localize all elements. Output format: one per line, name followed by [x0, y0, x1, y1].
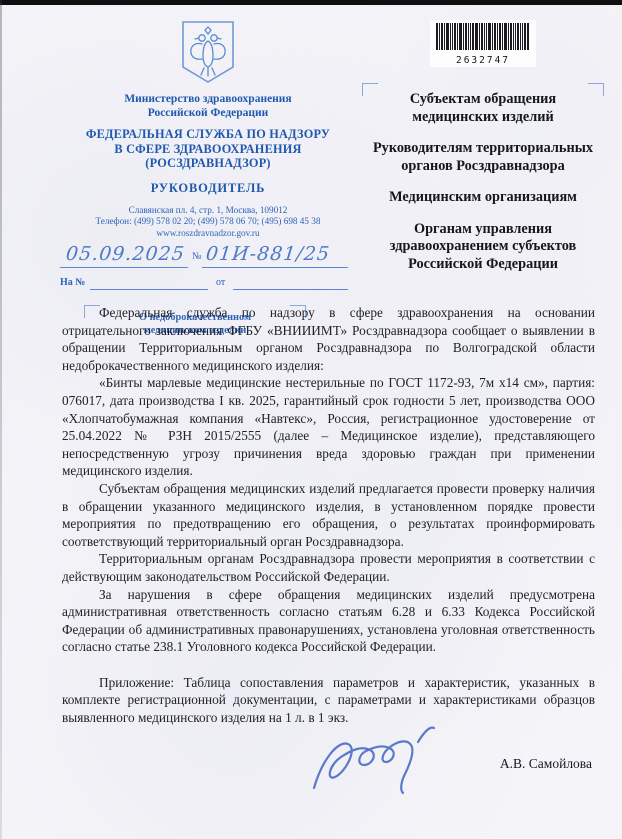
contact-block: Славянская пл. 4, стр. 1, Москва, 109012…	[58, 205, 358, 240]
body-paragraph: Субъектам обращения медицинских изделий …	[62, 480, 595, 550]
address-line: Славянская пл. 4, стр. 1, Москва, 109012	[58, 205, 358, 217]
barcode-bars	[436, 23, 530, 50]
addressee-block: Субъектам обращения медицинских изделий …	[362, 83, 604, 273]
website: www.roszdravnadzor.gov.ru	[58, 228, 358, 240]
letter-body: Федеральная служба по надзору в сфере зд…	[62, 304, 595, 727]
number-sign: №	[192, 251, 202, 262]
ref-number-underline	[90, 289, 208, 290]
body-paragraph: За нарушения в сфере обращения медицинск…	[62, 586, 595, 656]
signer-name: А.В. Самойлова	[500, 756, 592, 772]
addressee-item: Руководителям территориальных органов Ро…	[368, 140, 598, 175]
barcode-number: 2632747	[436, 55, 530, 66]
reference-row: На № от	[58, 277, 358, 293]
handwritten-signature-icon	[300, 720, 470, 810]
phone-line: Телефон: (499) 578 02 20; (499) 578 06 7…	[58, 216, 358, 228]
date-number-row: 05.09.2025 № 01И-881/25	[58, 243, 358, 273]
letter-date-handwritten: 05.09.2025	[65, 243, 186, 265]
body-paragraph: «Бинты марлевые медицинские нестерильные…	[62, 374, 595, 480]
scan-edge-top	[0, 0, 622, 5]
addressee-column: 2632747 Субъектам обращения медицинских …	[362, 20, 604, 287]
addressee-item: Медицинским организациям	[368, 189, 598, 207]
ref-date-underline	[233, 289, 348, 290]
addressee-item: Органам управления здравоохранением субъ…	[368, 221, 598, 274]
barcode: 2632747	[430, 20, 536, 67]
number-underline	[202, 267, 348, 268]
ref-number-label: На №	[60, 277, 85, 288]
ref-date-label: от	[216, 277, 225, 288]
russia-coat-of-arms-icon	[181, 20, 235, 89]
post-title: РУКОВОДИТЕЛЬ	[58, 181, 358, 196]
ministry-name: Министерство здравоохранения Российской …	[58, 93, 358, 120]
scanned-letter-page: Министерство здравоохранения Российской …	[0, 0, 622, 839]
letterhead: Министерство здравоохранения Российской …	[58, 20, 358, 337]
body-paragraph: Федеральная служба по надзору в сфере зд…	[62, 304, 595, 374]
letter-number-handwritten: 01И-881/25	[205, 243, 331, 265]
body-paragraph: Территориальным органам Росздравнадзора …	[62, 550, 595, 585]
date-underline	[60, 267, 188, 268]
agency-name: ФЕДЕРАЛЬНАЯ СЛУЖБА ПО НАДЗОРУ В СФЕРЕ ЗД…	[58, 127, 358, 171]
addressee-item: Субъектам обращения медицинских изделий	[368, 91, 598, 126]
signature-zone: А.В. Самойлова	[0, 712, 622, 822]
